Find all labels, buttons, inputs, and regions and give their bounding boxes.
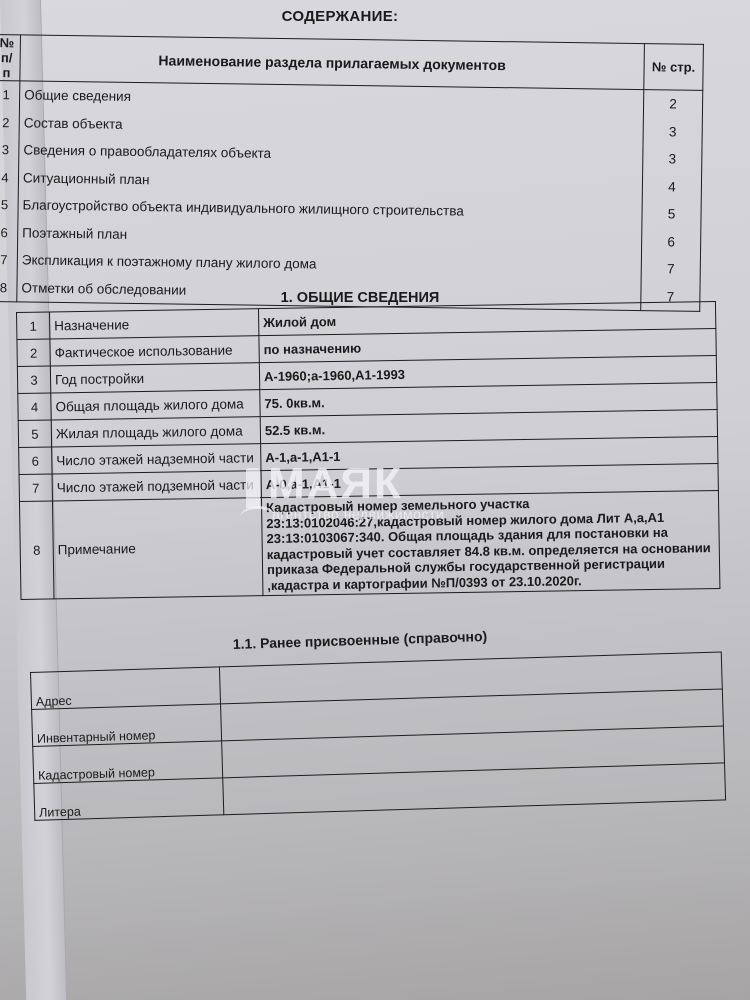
toc-row-num: 3: [0, 136, 19, 164]
toc-row-num: 1: [0, 80, 20, 108]
general-row-num: 2: [17, 339, 50, 367]
general-row-num: 3: [17, 366, 50, 394]
general-row-label: Число этажей подземной части: [52, 471, 261, 501]
toc-row-num: 2: [0, 108, 19, 136]
general-row-num: 6: [19, 447, 52, 475]
toc-row-num: 4: [0, 163, 19, 191]
toc-row-page: 7: [641, 255, 700, 283]
toc-row-page: 5: [642, 200, 701, 228]
general-row-label: Число этажей надземной части: [52, 444, 261, 474]
toc-row-page: 3: [643, 118, 702, 146]
general-row-value: Кадастровый номер земельного участка 23:…: [261, 490, 719, 595]
general-row-label: Год постройки: [50, 363, 259, 393]
toc-header-num: № п/п: [0, 34, 20, 80]
toc-row-page: 2: [643, 90, 702, 119]
general-row-label: Фактическое использование: [50, 336, 259, 366]
general-row-label: Общая площадь жилого дома: [51, 390, 260, 420]
previous-row-label: Инвентарный номер: [32, 704, 222, 747]
toc-title: СОДЕРЖАНИЕ:: [0, 8, 680, 25]
general-row-note: 8 Примечание Кадастровый номер земельног…: [19, 490, 719, 599]
toc-row-num: 5: [0, 191, 18, 219]
general-info-table: 1 Назначение Жилой дом 2 Фактическое исп…: [16, 301, 720, 600]
general-row-num: 7: [19, 474, 52, 502]
toc-row-page: 4: [642, 173, 701, 201]
toc-header-page: № стр.: [644, 44, 704, 91]
toc-table: № п/п Наименование раздела прилагаемых д…: [0, 34, 704, 312]
toc-row-num: 6: [0, 218, 18, 246]
general-row-num: 5: [18, 420, 51, 448]
general-row-num: 8: [19, 501, 54, 600]
previous-row-label: Литера: [34, 778, 224, 821]
previous-row-label: Адрес: [31, 667, 221, 710]
previous-assigned-table: Адрес Инвентарный номер Кадастровый номе…: [30, 651, 726, 820]
previous-row-label: Кадастровый номер: [33, 741, 223, 784]
toc-row-page: 6: [641, 228, 700, 256]
toc-row-page: 3: [643, 145, 702, 173]
general-row-label: Примечание: [52, 498, 263, 599]
general-row-label: Назначение: [50, 309, 259, 339]
toc-row-num: 7: [0, 246, 18, 274]
general-row-label: Жилая площадь жилого дома: [51, 417, 260, 447]
general-row-num: 1: [17, 312, 50, 340]
general-row-num: 4: [18, 393, 51, 421]
